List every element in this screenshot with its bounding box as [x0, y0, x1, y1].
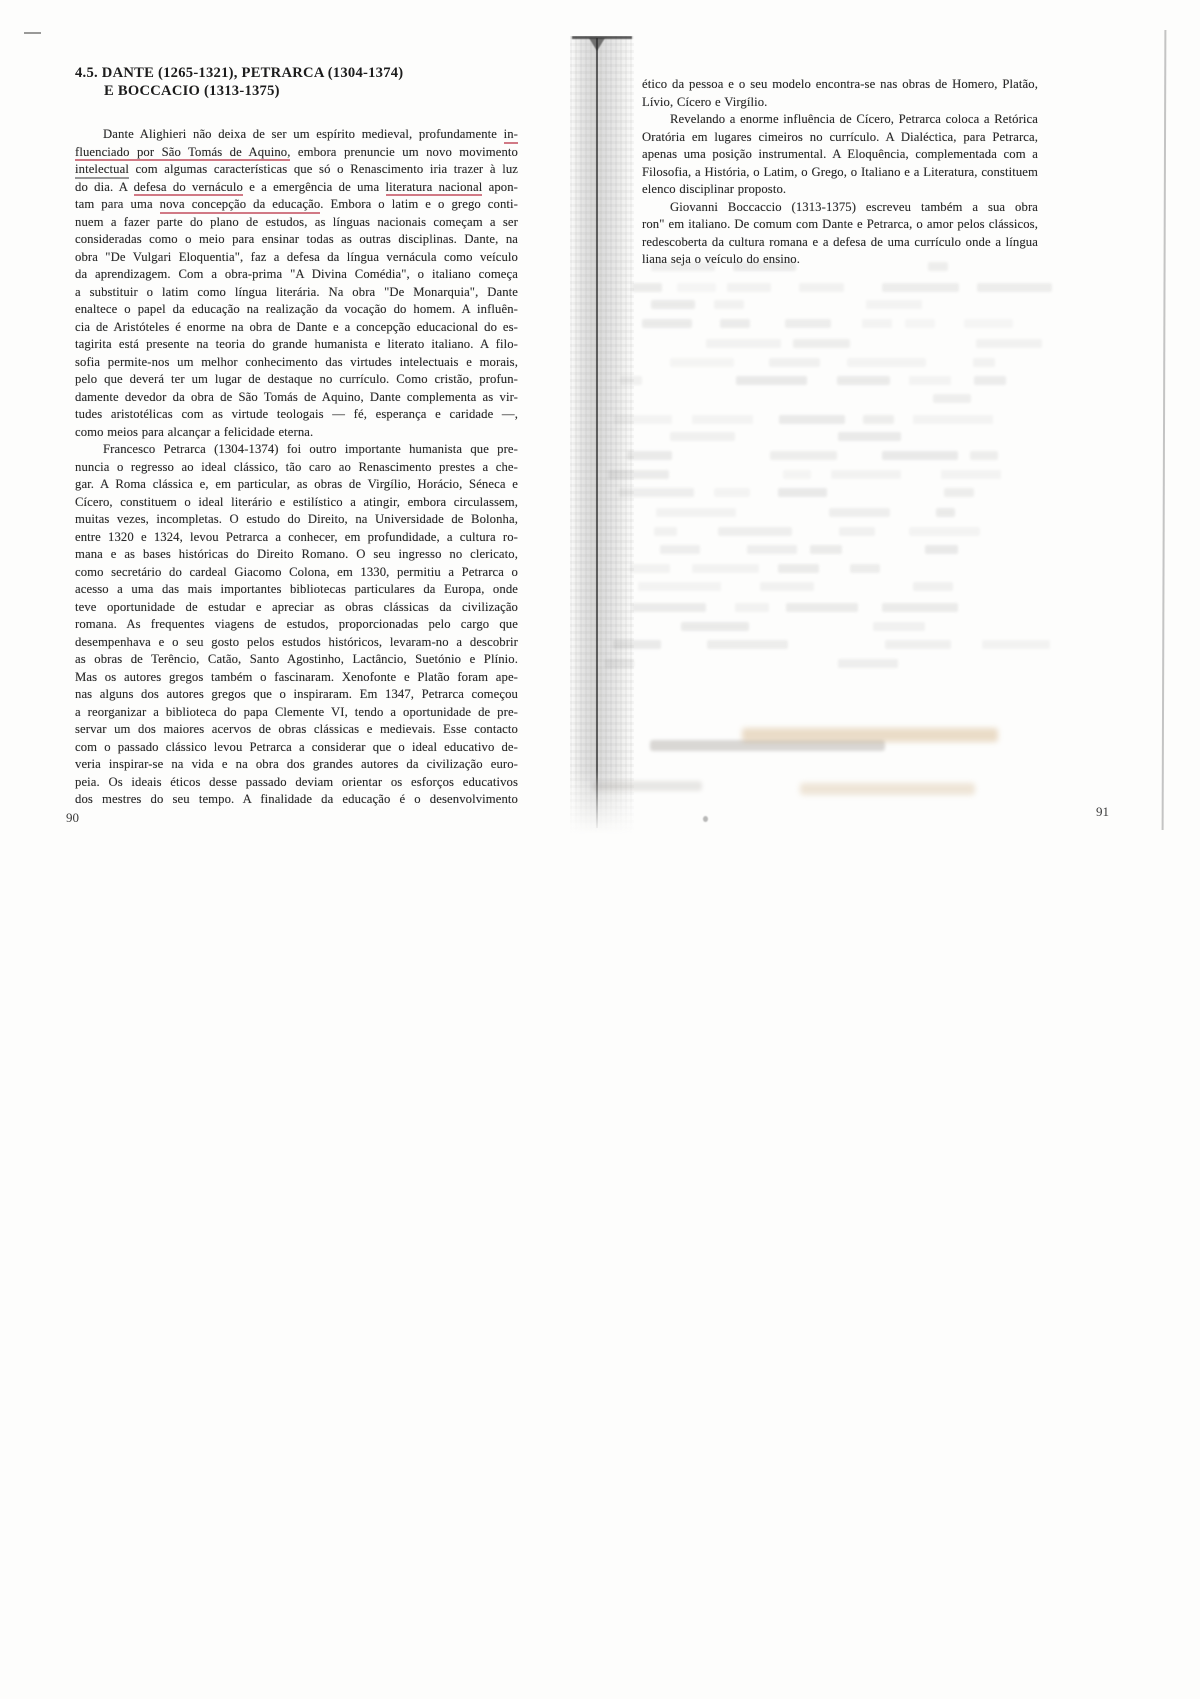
bleed-through-artifact [847, 358, 926, 367]
bleed-through-artifact [656, 508, 737, 517]
page-edge-line [1162, 30, 1167, 830]
bleed-through-artifact [863, 415, 895, 424]
text-line: Giovanni Boccaccio (1313-1375) escreveu … [642, 199, 1038, 217]
bleed-through-artifact [866, 300, 922, 309]
text-line: servar um dos maiores acervos de obras c… [75, 721, 518, 739]
bleed-through-artifact [627, 451, 672, 460]
bleed-through-artifact [970, 451, 998, 460]
bleed-through-artifacts [595, 262, 1040, 692]
bleed-through-artifact [592, 781, 702, 791]
bleed-through-artifact [630, 564, 669, 573]
bleed-through-artifact [944, 488, 974, 497]
text-line: acesso a uma das mais importantes biblio… [75, 581, 518, 599]
bleed-through-artifact [974, 376, 1006, 385]
text-line: nuem a fazer parte do plano de estudos, … [75, 214, 518, 232]
bleed-through-artifact [785, 319, 830, 328]
underlined-phrase: intelectual [75, 162, 129, 179]
bleed-through-artifact [783, 470, 810, 479]
text-line: mana e as bases históricas do Direito Ro… [75, 546, 518, 564]
bleed-through-artifact [909, 376, 951, 385]
bleed-through-artifact [727, 283, 771, 292]
bleed-through-artifact [982, 640, 1050, 649]
text-line: Dante Alighieri não deixa de ser um espí… [75, 126, 518, 144]
bleed-through-artifact [632, 603, 706, 612]
bleed-through-artifact [707, 640, 788, 649]
text-line: desempenhava e o seu gosto pelos estudos… [75, 634, 518, 652]
bleed-through-artifact [936, 508, 955, 517]
scan-speck-artifact [703, 816, 708, 822]
underlined-phrase: nova concepção da educação [160, 197, 321, 214]
text-line: teve oportunidade de estudar e apreciar … [75, 599, 518, 617]
bleed-through-artifact [608, 470, 669, 479]
text-line: romana. As frequentes viagens de estudos… [75, 616, 518, 634]
bleed-through-artifact [651, 262, 715, 271]
bleed-through-artifact [733, 262, 796, 271]
text-line: Mas os autores gregos também o fascinara… [75, 669, 518, 687]
text-line: Lívio, Cícero e Virgílio. [642, 94, 1038, 112]
text-line: consideradas como o meio para ensinar to… [75, 231, 518, 249]
bleed-through-artifact [905, 319, 936, 328]
text-line: da aprendizagem. Com a obra-prima "A Div… [75, 266, 518, 284]
underlined-phrase: literatura nacional [386, 180, 483, 197]
bleed-through-artifact [837, 376, 890, 385]
bleed-through-artifact [839, 527, 874, 536]
page-number-right: 91 [1096, 804, 1109, 820]
bleed-through-artifact [654, 527, 677, 536]
bleed-through-artifact [605, 659, 634, 668]
text-line: veria inspirar-se na vida e na obra dos … [75, 756, 518, 774]
bleed-through-artifact [800, 783, 975, 795]
text-line: com o passado clássico levou Petrarca a … [75, 739, 518, 757]
bleed-through-artifact [670, 432, 734, 441]
bleed-through-artifact [873, 622, 925, 631]
bleed-through-artifact [660, 545, 699, 554]
bleed-through-artifact [977, 283, 1051, 292]
text-line: do dia. A defesa do vernáculo e a emergê… [75, 179, 518, 197]
text-line: apenas uma posição instrumental. A Eloqu… [642, 146, 1038, 164]
bleed-through-artifact [736, 376, 806, 385]
bleed-through-artifact [882, 283, 960, 292]
underlined-phrase: defesa do vernáculo [134, 180, 243, 197]
bleed-through-artifact [692, 564, 758, 573]
text-line: Revelando a enorme influência de Cícero,… [642, 111, 1038, 129]
scanned-book-spread: 4.5. DANTE (1265-1321), PETRARCA (1304-1… [0, 0, 1200, 1699]
left-page: 4.5. DANTE (1265-1321), PETRARCA (1304-1… [75, 64, 518, 100]
right-page-body-text: ético da pessoa e o seu modelo encontra-… [642, 76, 1038, 269]
bleed-through-artifact [778, 488, 827, 497]
text-line: cia de Aristóteles é enorme na obra de D… [75, 319, 518, 337]
bleed-through-artifact [760, 582, 814, 591]
bleed-through-artifact [670, 358, 734, 367]
section-heading-line2: E BOCCACIO (1313-1375) [75, 82, 518, 100]
bleed-through-artifact [793, 339, 850, 348]
bleed-through-artifact [829, 508, 890, 517]
text-line: peia. Os ideais éticos desse passado dev… [75, 774, 518, 792]
bleed-through-artifact [770, 451, 837, 460]
underlined-phrase: fluenciado por São Tomás de Aquino, [75, 145, 290, 162]
text-line: tagirita está presente na teoria do gran… [75, 336, 518, 354]
text-line: ron" em italiano. De comum com Dante e P… [642, 216, 1038, 234]
text-line: Oratória em lugares cimeiros no currícul… [642, 129, 1038, 147]
text-line: nuncia o regresso ao ideal clássico, tão… [75, 459, 518, 477]
bleed-through-artifact [882, 451, 958, 460]
bleed-through-artifact [620, 376, 643, 385]
pen-mark-artifact [24, 32, 41, 34]
bleed-through-artifact [850, 564, 879, 573]
bleed-through-artifact [838, 432, 901, 441]
text-line: Filosofia, a História, o Latim, o Grego,… [642, 164, 1038, 182]
text-line: Francesco Petrarca (1304-1374) foi outro… [75, 441, 518, 459]
bleed-through-artifact [747, 545, 797, 554]
bleed-through-artifact [779, 415, 845, 424]
bleed-through-artifact [933, 394, 971, 403]
bleed-through-artifact [913, 415, 992, 424]
bleed-through-artifact [706, 339, 781, 348]
bleed-through-artifact [909, 527, 981, 536]
bleed-through-artifact [735, 603, 768, 612]
bleed-through-artifact [882, 603, 958, 612]
bleed-through-artifact [681, 622, 748, 631]
bleed-through-artifact [885, 640, 951, 649]
text-line: gar. A Roma clássica e, em particular, a… [75, 476, 518, 494]
left-page-body-text: Dante Alighieri não deixa de ser um espí… [75, 126, 518, 809]
bleed-through-artifact [913, 582, 953, 591]
text-line: pelo que deverá ter um lugar de destaque… [75, 371, 518, 389]
section-heading-line1: 4.5. DANTE (1265-1321), PETRARCA (1304-1… [75, 64, 518, 82]
text-line: muitas vezes, incompletas. O estudo do D… [75, 511, 518, 529]
bleed-through-artifact [742, 728, 998, 742]
bleed-through-artifact [964, 319, 1014, 328]
bleed-through-artifact [718, 527, 792, 536]
text-line: a reorganizar a biblioteca do papa Cleme… [75, 704, 518, 722]
underlined-phrase: in- [504, 127, 518, 144]
bleed-through-artifact [973, 358, 996, 367]
text-line: tam para uma nova concepção da educação.… [75, 196, 518, 214]
text-line: elenco disciplinar proposto. [642, 181, 1038, 199]
bleed-through-artifact [613, 640, 661, 649]
text-line: fluenciado por São Tomás de Aquino, embo… [75, 144, 518, 162]
text-line: redescoberta da cultura romana e a defes… [642, 234, 1038, 252]
bleed-through-artifact [714, 488, 750, 497]
text-line: enaltece o papel da educação na realizaç… [75, 301, 518, 319]
bleed-through-artifact [799, 283, 844, 292]
text-line: sofia permite-nos um melhor conhecimento… [75, 354, 518, 372]
bleed-through-artifact [692, 415, 753, 424]
bleed-through-artifact [642, 319, 693, 328]
bleed-through-artifact [720, 319, 750, 328]
text-line: tudes aristotélicas com as virtude teolo… [75, 406, 518, 424]
text-line: entre 1320 e 1324, levou Petrarca a conh… [75, 529, 518, 547]
bleed-through-artifact [632, 283, 662, 292]
bleed-through-artifact [976, 339, 1043, 348]
bleed-through-artifact [651, 300, 696, 309]
bleed-through-artifact [769, 358, 820, 367]
bleed-through-artifact [925, 545, 958, 554]
text-line: ético da pessoa e o seu modelo encontra-… [642, 76, 1038, 94]
text-line: intelectual com algumas características … [75, 161, 518, 179]
bleed-through-artifact [838, 659, 898, 668]
bleed-through-artifact [941, 470, 1001, 479]
text-line: nas alguns dos autores gregos que o insp… [75, 686, 518, 704]
bleed-through-artifact [831, 470, 901, 479]
text-line: damente devedor da obra de São Tomás de … [75, 389, 518, 407]
page-number-left: 90 [66, 810, 79, 826]
bleed-through-artifact [786, 603, 858, 612]
bleed-through-artifact [614, 415, 672, 424]
bleed-through-artifact [862, 319, 892, 328]
text-line: as obras de Terêncio, Catão, Santo Agost… [75, 651, 518, 669]
bleed-through-artifact [714, 300, 744, 309]
bleed-through-artifact [810, 545, 842, 554]
text-line: obra "De Vulgari Eloquentia", faz a defe… [75, 249, 518, 267]
text-line: a substituir o latim como língua literár… [75, 284, 518, 302]
text-line: como secretário do cardeal Giacomo Colon… [75, 564, 518, 582]
bleed-through-artifact [928, 262, 948, 271]
bleed-through-artifact [778, 564, 819, 573]
bleed-through-artifact [619, 488, 693, 497]
bleed-through-artifact [677, 283, 717, 292]
text-line: dos mestres do seu tempo. A finalidade d… [75, 791, 518, 809]
text-line: Cícero, constituem o ideal literário e e… [75, 494, 518, 512]
bleed-through-artifact [638, 582, 721, 591]
text-line: como meios para alcançar a felicidade et… [75, 424, 518, 442]
